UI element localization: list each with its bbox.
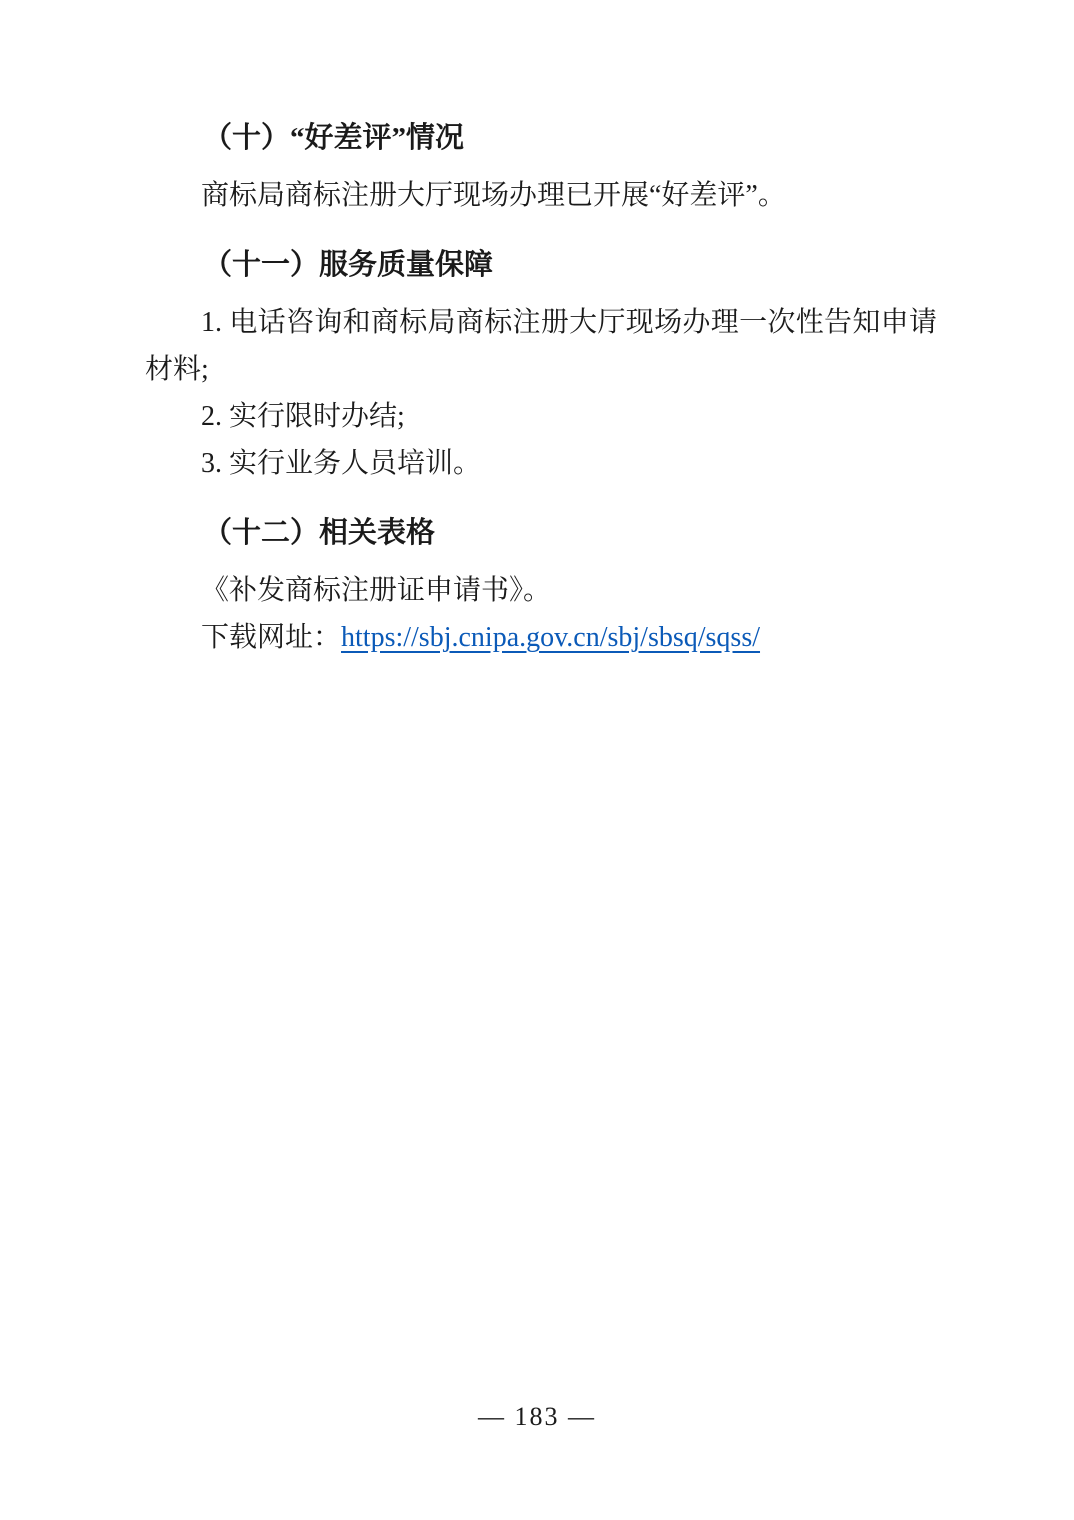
download-url-link[interactable]: https://sbj.cnipa.gov.cn/sbj/sbsq/sqss/ [341, 622, 760, 653]
section-11-item-2: 2. 实行限时办结; [145, 393, 937, 440]
section-heading-12: （十二）相关表格 [145, 513, 937, 553]
section-heading-10: （十）“好差评”情况 [145, 118, 937, 158]
section-11-item-3: 3. 实行业务人员培训。 [145, 440, 937, 487]
section-12-form-title: 《补发商标注册证申请书》。 [145, 567, 937, 614]
section-10-paragraph: 商标局商标注册大厅现场办理已开展“好差评”。 [145, 172, 937, 219]
download-line: 下载网址：https://sbj.cnipa.gov.cn/sbj/sbsq/s… [145, 614, 937, 661]
document-page: （十）“好差评”情况 商标局商标注册大厅现场办理已开展“好差评”。 （十一）服务… [0, 0, 1074, 1520]
download-label: 下载网址： [201, 622, 341, 653]
document-content: （十）“好差评”情况 商标局商标注册大厅现场办理已开展“好差评”。 （十一）服务… [145, 118, 937, 661]
page-number: — 183 — [0, 1402, 1074, 1432]
section-11-item-1: 1. 电话咨询和商标局商标注册大厅现场办理一次性告知申请材料; [145, 299, 937, 393]
section-heading-11: （十一）服务质量保障 [145, 245, 937, 285]
